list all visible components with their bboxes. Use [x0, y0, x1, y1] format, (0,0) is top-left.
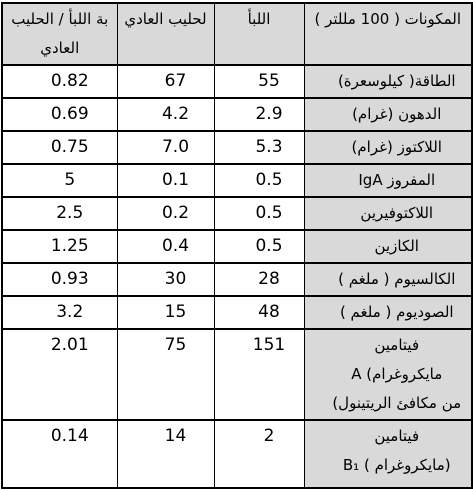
milk-value: 0.2	[117, 197, 214, 230]
ratio-value: 3.2	[2, 296, 117, 329]
colostrum-value: 2.9	[214, 98, 304, 131]
row-label: فيتامين B₁ ( مايكروغرام)	[304, 420, 472, 488]
ratio-value: 0.14	[2, 420, 117, 488]
ratio-value: 5	[2, 164, 117, 197]
colostrum-value: 2	[214, 420, 304, 488]
row-lactoferrin: اللاكتوفيرين 0.5 0.2 2.5	[2, 197, 472, 230]
milk-value: 14	[117, 420, 214, 488]
row-label: الدهون (غرام)	[304, 98, 472, 131]
colostrum-value: 55	[214, 65, 304, 98]
colostrum-value: 28	[214, 263, 304, 296]
milk-value: 75	[117, 329, 214, 420]
row-calcium: الكالسيوم ( ملغم ) 28 30 0.93	[2, 263, 472, 296]
ratio-value: 2.5	[2, 197, 117, 230]
col-header-components: المكونات ( 100 مللتر )	[304, 3, 472, 65]
row-label: الكازين	[304, 230, 472, 263]
row-label: الكالسيوم ( ملغم )	[304, 263, 472, 296]
ratio-value: 1.25	[2, 230, 117, 263]
row-casein: الكازين 0.5 0.4 1.25	[2, 230, 472, 263]
row-label-line2: B₁ ( مايكروغرام)	[327, 451, 468, 480]
colostrum-value: 5.3	[214, 131, 304, 164]
row-label: IgA المفروز	[304, 164, 472, 197]
ratio-value: 0.93	[2, 263, 117, 296]
milk-value: 0.4	[117, 230, 214, 263]
row-sodium: الصوديوم ( ملغم ) 48 15 3.2	[2, 296, 472, 329]
nutrition-comparison-table: المكونات ( 100 مللتر ) اللبأ لحليب العاد…	[1, 2, 473, 489]
row-secretory-iga: IgA المفروز 0.5 0.1 5	[2, 164, 472, 197]
row-label: الطاقة( كيلوسعرة)	[304, 65, 472, 98]
row-fat: الدهون (غرام) 2.9 4.2 0.69	[2, 98, 472, 131]
milk-value: 15	[117, 296, 214, 329]
row-vitamin-b1: فيتامين B₁ ( مايكروغرام) 2 14 0.14	[2, 420, 472, 488]
row-label: اللاكتوفيرين	[304, 197, 472, 230]
ratio-value: 2.01	[2, 329, 117, 420]
colostrum-value: 151	[214, 329, 304, 420]
col-header-ratio-line2: العادي	[5, 34, 115, 63]
row-label-line3: من مكافئ الريتينول)	[327, 389, 468, 418]
row-label-text: IgA المفروز	[358, 171, 435, 189]
milk-value: 7.0	[117, 131, 214, 164]
milk-value: 4.2	[117, 98, 214, 131]
col-header-regular-milk: لحليب العادي	[117, 3, 214, 65]
row-label: اللاكتوز (غرام)	[304, 131, 472, 164]
row-label: الصوديوم ( ملغم )	[304, 296, 472, 329]
row-label-line1: فيتامين	[327, 422, 468, 451]
col-header-ratio-line1: بة اللبأ / الحليب	[5, 5, 115, 34]
ratio-value: 0.82	[2, 65, 117, 98]
colostrum-value: 0.5	[214, 197, 304, 230]
header-row: المكونات ( 100 مللتر ) اللبأ لحليب العاد…	[2, 3, 472, 65]
milk-value: 0.1	[117, 164, 214, 197]
colostrum-value: 0.5	[214, 230, 304, 263]
ratio-value: 0.75	[2, 131, 117, 164]
row-label-line1: فيتامين	[327, 331, 468, 360]
col-header-colostrum: اللبأ	[214, 3, 304, 65]
milk-value: 67	[117, 65, 214, 98]
row-label: فيتامين A (مايكروغرام من مكافئ الريتينول…	[304, 329, 472, 420]
col-header-ratio: بة اللبأ / الحليب العادي	[2, 3, 117, 65]
milk-value: 30	[117, 263, 214, 296]
row-lactose: اللاكتوز (غرام) 5.3 7.0 0.75	[2, 131, 472, 164]
row-label-line2: A (مايكروغرام	[327, 360, 468, 389]
colostrum-value: 0.5	[214, 164, 304, 197]
row-energy: الطاقة( كيلوسعرة) 55 67 0.82	[2, 65, 472, 98]
row-vitamin-a: فيتامين A (مايكروغرام من مكافئ الريتينول…	[2, 329, 472, 420]
ratio-value: 0.69	[2, 98, 117, 131]
colostrum-value: 48	[214, 296, 304, 329]
